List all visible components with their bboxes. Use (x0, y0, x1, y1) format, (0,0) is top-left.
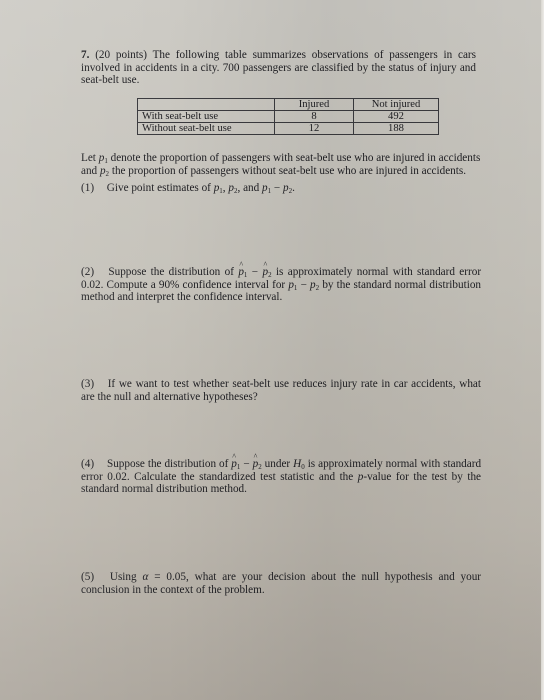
question-number: (4) (81, 458, 104, 471)
table-header-not-injured: Not injured (354, 99, 439, 111)
question-number: (5) (81, 571, 104, 584)
question-5: (5) Using α = 0.05, what are your decisi… (81, 571, 481, 596)
table-row: With seat-belt use 8 492 (138, 111, 439, 123)
cell-injured: 12 (275, 123, 354, 135)
table-row: Without seat-belt use 12 188 (138, 123, 439, 135)
problem-number: 7. (81, 49, 89, 61)
cell-not-injured: 492 (354, 111, 439, 123)
question-number: (3) (81, 378, 104, 391)
question-2: (2) Suppose the distribution of p1 − p2 … (81, 266, 481, 304)
row-label: Without seat-belt use (138, 123, 275, 135)
question-number: (1) (81, 182, 104, 195)
problem-intro: 7. (20 points) The following table summa… (81, 49, 476, 87)
question-4: (4) Suppose the distribution of p1 − p2 … (81, 458, 481, 496)
table-header-blank (138, 99, 275, 111)
table-header-row: Injured Not injured (138, 99, 439, 111)
row-label: With seat-belt use (138, 111, 275, 123)
problem-points: (20 points) (95, 49, 147, 61)
question-3: (3) If we want to test whether seat-belt… (81, 378, 481, 403)
definition-text: Let p1 denote the proportion of passenge… (81, 152, 481, 177)
cell-not-injured: 188 (354, 123, 439, 135)
table-header-injured: Injured (275, 99, 354, 111)
cell-injured: 8 (275, 111, 354, 123)
observation-table: Injured Not injured With seat-belt use 8… (137, 98, 439, 135)
exam-page: 7. (20 points) The following table summa… (0, 0, 544, 700)
question-1: (1) Give point estimates of p1, p2, and … (81, 182, 481, 195)
question-number: (2) (81, 266, 104, 279)
